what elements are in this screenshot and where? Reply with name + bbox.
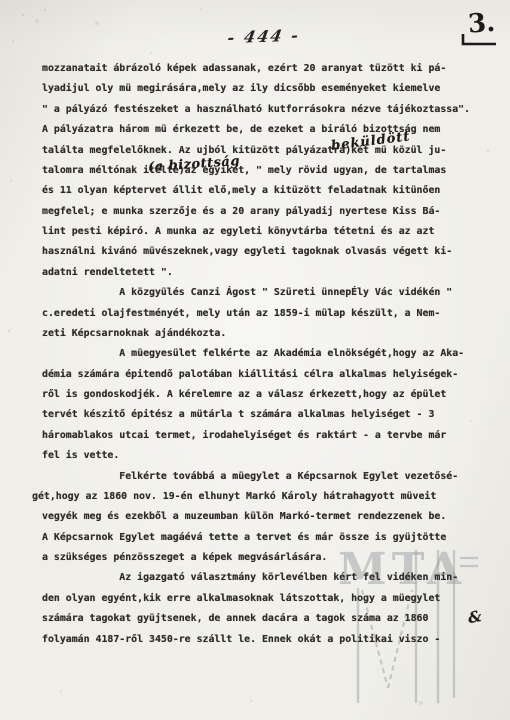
text-line: folyamán 4187-ről 3450-re szállt le. Enn… xyxy=(42,630,502,650)
text-line: megfelel; e munka szerzője és a 20 arany… xyxy=(42,202,502,222)
text-line: Felkérte továbbá a müegylet a Képcsarnok… xyxy=(42,467,502,487)
text-line: zeti Képcsarnoknak ajándékozta. xyxy=(42,324,502,344)
text-line: A pályázatra három mü érkezett be, de ez… xyxy=(42,120,502,140)
text-line: Az igazgató választmány körlevélben kért… xyxy=(42,568,502,588)
corner-page-number: 3. xyxy=(467,8,496,40)
text-line: fel is vette. xyxy=(42,446,502,466)
text-line: találta megfelelőknek. Az ujból kitüzött… xyxy=(42,141,502,161)
text-line: vegyék meg és ezekből a muzeumban külön … xyxy=(42,507,502,527)
text-line: démia számára épitendő palotában kiállit… xyxy=(42,365,502,385)
text-line: " a pályázó festészeket a használható ku… xyxy=(42,100,502,120)
text-line: a szükséges pénzösszeget a képek megvásá… xyxy=(42,548,502,568)
text-line: talomra méltónak itélte)az egyiket, " me… xyxy=(42,161,502,181)
text-line: ről is gondoskodjék. A kérelemre az a vá… xyxy=(42,385,502,405)
document-page: MTA 3. - 444 - mozzanatait ábrázoló képe… xyxy=(0,0,510,720)
text-line: háromablakos utcai termet, irodahelyiség… xyxy=(42,426,502,446)
text-line: és 11 olyan képtervet állit elő,mely a k… xyxy=(42,181,502,201)
text-line: mozzanatait ábrázoló képek adassanak, ez… xyxy=(42,59,502,79)
paper-specks xyxy=(0,0,2,2)
text-line: gét,hogy az 1860 nov. 19-én elhunyt Mark… xyxy=(32,487,502,507)
text-line: A müegyesület felkérte az Akadémia elnök… xyxy=(42,344,502,364)
handwritten-year-mark: & xyxy=(467,607,483,627)
text-line: lint pesti képiró. A munka az egyleti kö… xyxy=(42,222,502,242)
text-line: A Képcsarnok Egylet magáévá tette a terv… xyxy=(42,528,502,548)
text-line: számára tagokat gyüjtsenek, de annek dac… xyxy=(42,609,502,629)
text-line: adatni rendeltetett ". xyxy=(42,263,502,283)
text-line: lyadijul oly mü megirására,mely az ily d… xyxy=(42,79,502,99)
corner-page-mark: 3. xyxy=(450,2,508,52)
text-line: den olyan egyént,kik erre alkalmasoknak … xyxy=(42,589,502,609)
text-line: A közgyülés Canzi Ágost " Szüreti ünnepÉ… xyxy=(42,283,502,303)
text-line: használni kivánó müvészeknek,vagy egylet… xyxy=(42,242,502,262)
text-line: tervét készitő épitész a mütárla t számá… xyxy=(42,405,502,425)
typewritten-text: mozzanatait ábrázoló képek adassanak, ez… xyxy=(42,59,502,650)
page-number: - 444 - xyxy=(226,26,302,47)
text-line: c.eredeti olajfestményét, mely után az 1… xyxy=(42,304,502,324)
